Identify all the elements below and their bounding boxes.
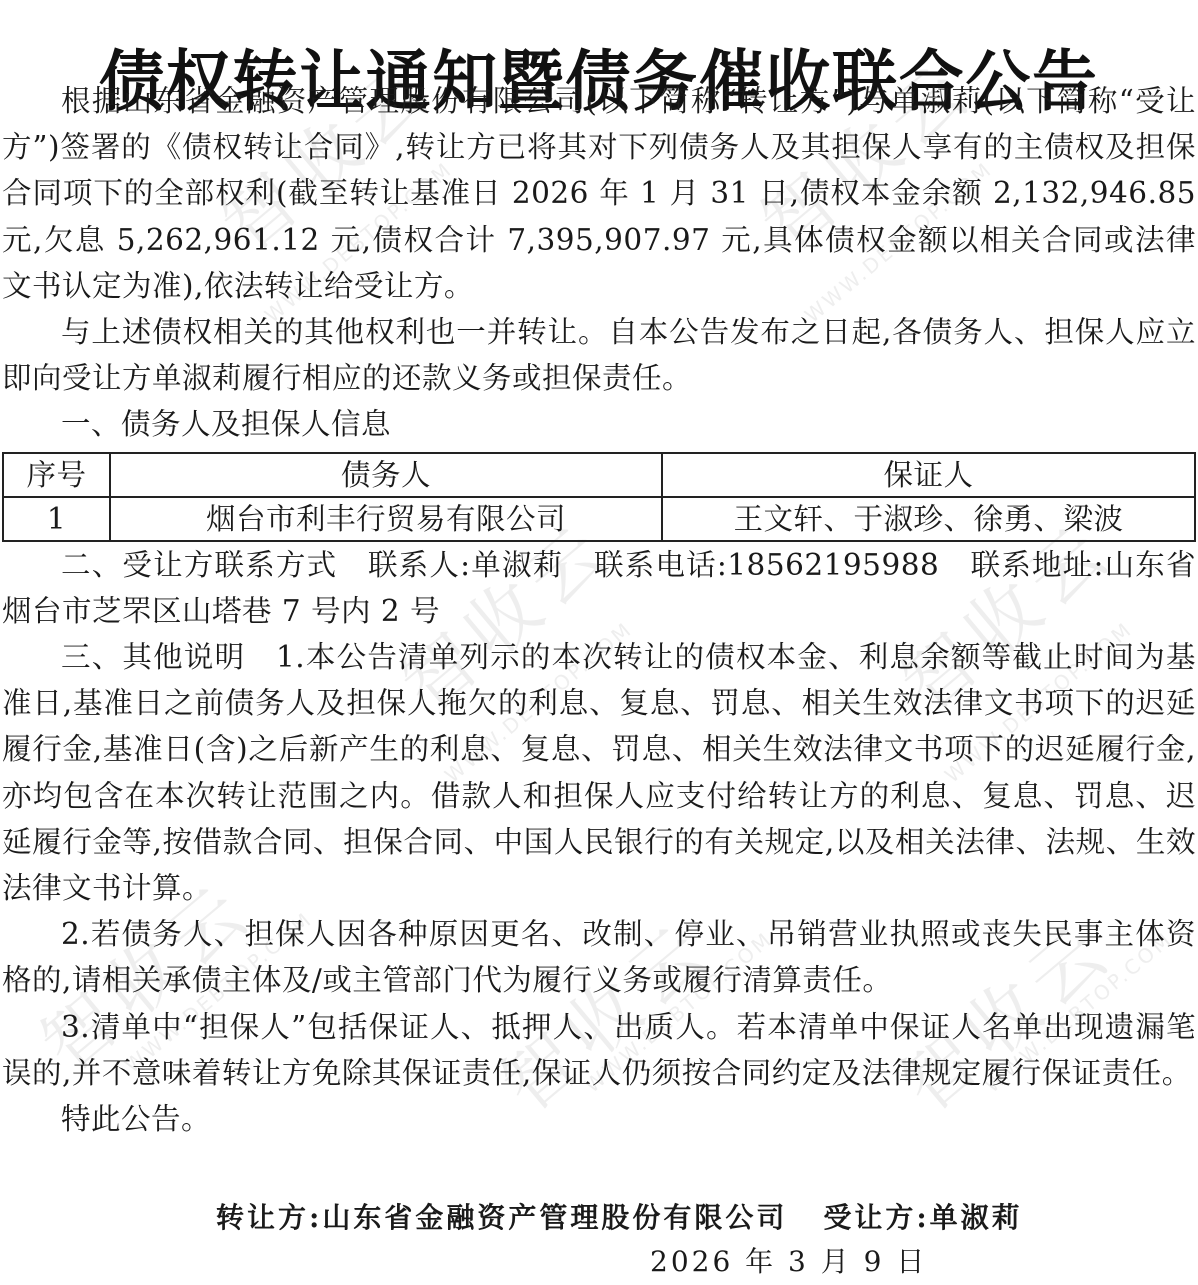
section2-contact-paragraph: 二、受让方联系方式 联系人:单淑莉 联系电话:18562195988 联系地址:…: [2, 542, 1196, 634]
transferee-signature: 受让方:单淑莉: [823, 1201, 1022, 1234]
announcement-body: 根据山东省金融资产管理股份有限公司(以下简称“转让方”)与单淑莉(以下简称“受让…: [2, 78, 1196, 1142]
intro-paragraph: 根据山东省金融资产管理股份有限公司(以下简称“转让方”)与单淑莉(以下简称“受让…: [2, 78, 1196, 309]
section3-item3-paragraph: 3.清单中“担保人”包括保证人、抵押人、出质人。若本清单中保证人名单出现遗漏笔误…: [2, 1004, 1196, 1096]
column-header-debtor: 债务人: [110, 453, 662, 497]
closing-paragraph: 特此公告。: [2, 1096, 1196, 1142]
signature-parties: 转让方:山东省金融资产管理股份有限公司受让方:单淑莉: [216, 1196, 1023, 1240]
cell-guarantor: 王文轩、于淑珍、徐勇、梁波: [662, 497, 1195, 541]
debtor-guarantor-table: 序号 债务人 保证人 1 烟台市利丰行贸易有限公司 王文轩、于淑珍、徐勇、梁波: [2, 452, 1196, 542]
table-row: 1 烟台市利丰行贸易有限公司 王文轩、于淑珍、徐勇、梁波: [3, 497, 1195, 541]
transferor-signature: 转让方:山东省金融资产管理股份有限公司: [216, 1201, 787, 1234]
announcement-date: 2026 年 3 月 9 日: [650, 1240, 927, 1284]
table-header-row: 序号 债务人 保证人: [3, 453, 1195, 497]
section3-item2-paragraph: 2.若债务人、担保人因各种原因更名、改制、停业、吊销营业执照或丧失民事主体资格的…: [2, 911, 1196, 1003]
section3-item1-paragraph: 三、其他说明 1.本公告清单列示的本次转让的债权本金、利息余额等截止时间为基准日…: [2, 634, 1196, 911]
column-header-no: 序号: [3, 453, 110, 497]
section1-heading: 一、债务人及担保人信息: [2, 401, 1196, 447]
related-rights-paragraph: 与上述债权相关的其他权利也一并转让。自本公告发布之日起,各债务人、担保人应立即向…: [2, 309, 1196, 401]
column-header-guarantor: 保证人: [662, 453, 1195, 497]
cell-debtor: 烟台市利丰行贸易有限公司: [110, 497, 662, 541]
announcement-page: 智收云 WWW.DEBTOP.COM 智收云 WWW.DEBTOP.COM 智收…: [0, 0, 1198, 1285]
cell-no: 1: [3, 497, 110, 541]
